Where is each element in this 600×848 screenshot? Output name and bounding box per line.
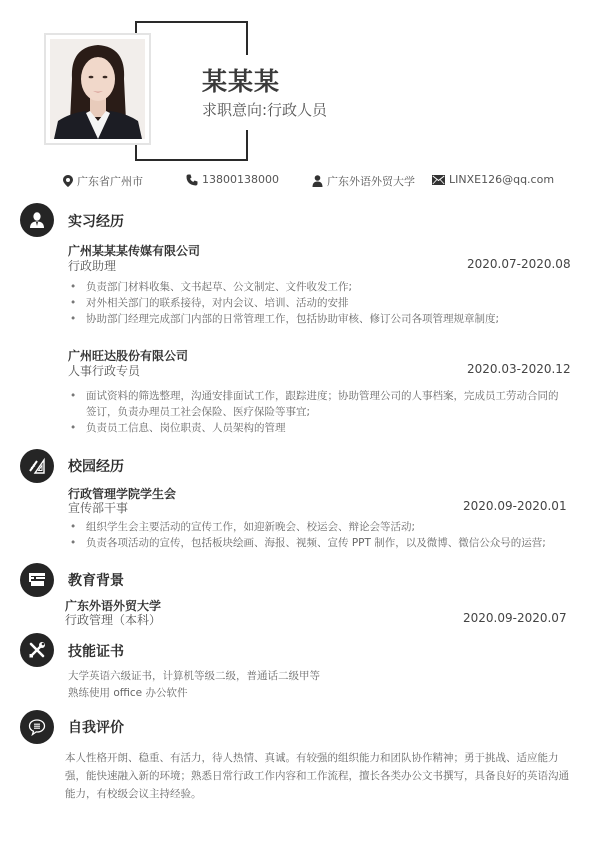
bullet-item: 面试资料的筛选整理，沟通安排面试工作，跟踪进度；协助管理公司的人事档案，完成员工… [68,388,568,420]
frame-line [135,21,248,23]
bullet-item: 负责部门材料收集、文书起草、公文制定、文件收发工作; [68,279,588,295]
section-title-campus: 校园经历 [68,456,124,476]
bullet-item: 负责各项活动的宣传，包括板块绘画、海报、视频、宣传 PPT 制作，以及微博、微信… [68,535,588,551]
frame-line [246,21,248,55]
bullet-list: 组织学生会主要活动的宣传工作，如迎新晚会、校运会、辩论会等活动; 负责各项活动的… [68,519,588,551]
bullet-item: 对外相关部门的联系接待，对内会议、培训、活动的安排 [68,295,588,311]
skill-line: 大学英语六级证书，计算机等级二级，普通话二级甲等 [68,668,320,684]
phone-icon [186,174,198,186]
section-title-internship: 实习经历 [68,211,124,231]
frame-line [135,145,137,161]
contact-school: 广东外语外贸大学 [312,173,415,189]
section-title-skills: 技能证书 [68,641,124,661]
job-intent: 求职意向:行政人员 [202,99,327,120]
bullet-list: 面试资料的筛选整理，沟通安排面试工作，跟踪进度；协助管理公司的人事档案，完成员工… [68,388,568,436]
section-title-self-eval: 自我评价 [68,717,124,737]
chat-bubble-icon [28,718,46,736]
contact-email[interactable]: LINXE126@qq.com [432,173,554,186]
graduation-icon [28,572,46,588]
photo-box [44,33,151,145]
section-icon-campus [20,449,54,483]
role-name: 人事行政专员 [68,362,140,379]
major-name: 行政管理（本科） [65,611,161,628]
bullet-item: 负责员工信息、岗位职责、人员架构的管理 [68,420,568,436]
skill-line: 熟练使用 office 办公软件 [68,685,187,701]
section-title-education: 教育背景 [68,570,124,590]
bullet-item: 协助部门经理完成部门内部的日常管理工作，包括协助审核、修订公司各项管理规章制度; [68,311,588,327]
email-text[interactable]: LINXE126@qq.com [449,173,554,186]
person-icon [312,175,323,187]
date-range: 2020.07-2020.08 [467,257,571,271]
date-range: 2020.03-2020.12 [467,362,571,376]
map-pin-icon [63,175,73,187]
frame-line [135,159,248,161]
ruler-triangle-icon [28,457,46,475]
role-name: 行政助理 [68,257,116,274]
section-icon-self-eval [20,710,54,744]
candidate-name: 某某某 [202,62,280,98]
frame-line [246,130,248,161]
section-icon-education [20,563,54,597]
contact-phone: 13800138000 [186,173,279,186]
section-icon-internship [20,203,54,237]
location-text: 广东省广州市 [77,173,143,189]
contact-row: 广东省广州市 13800138000 广东外语外贸大学 LINXE126@qq.… [0,173,600,191]
date-range: 2020.09-2020.01 [463,499,567,513]
bullet-item: 组织学生会主要活动的宣传工作，如迎新晚会、校运会、辩论会等活动; [68,519,588,535]
contact-location: 广东省广州市 [63,173,143,189]
mail-icon [432,175,445,185]
profile-photo [50,39,145,139]
section-icon-skills [20,633,54,667]
role-name: 宣传部干事 [68,499,128,516]
self-eval-text: 本人性格开朗、稳重、有活力，待人热情、真诚。有较强的组织能力和团队协作精神；勇于… [65,749,570,803]
bullet-list: 负责部门材料收集、文书起草、公文制定、文件收发工作; 对外相关部门的联系接待，对… [68,279,588,327]
tools-icon [28,641,46,659]
person-icon [28,211,46,229]
school-text: 广东外语外贸大学 [327,173,415,189]
date-range: 2020.09-2020.07 [463,611,567,625]
phone-text: 13800138000 [202,173,279,186]
